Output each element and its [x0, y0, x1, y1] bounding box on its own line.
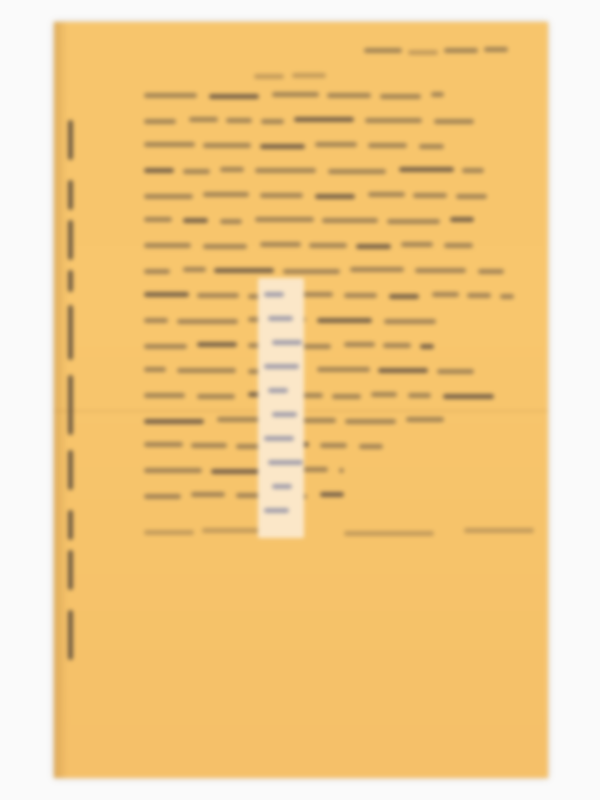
handwritten-line: [illegible] — [144, 163, 564, 179]
handwritten-line: [illegible] — [144, 338, 564, 354]
handwritten-line: [illegible] — [144, 388, 564, 404]
handwritten-line: [illegible] — [144, 363, 564, 379]
letter-heading: [illegible handwritten heading] — [254, 70, 334, 82]
paper-tape-strip: [illegible handwriting on paper strip] — [258, 278, 304, 538]
handwritten-line: [illegible] — [144, 138, 564, 154]
handwritten-line: [illegible] — [144, 213, 564, 229]
margin-address: [illegible vertical handwritten address] — [60, 120, 82, 680]
handwritten-line: [illegible] — [144, 288, 564, 304]
handwritten-line: [illegible] — [144, 438, 564, 454]
letter-paper: [illegible handwritten date] [illegible … — [54, 22, 548, 778]
handwritten-line: [illegible] — [144, 463, 564, 479]
handwritten-line: [illegible] — [144, 88, 564, 104]
handwritten-line: [illegible] — [144, 263, 564, 279]
handwritten-line: [illegible] — [144, 113, 564, 129]
handwritten-line: [illegible] — [144, 488, 564, 504]
handwritten-line: [illegible] — [144, 238, 564, 254]
handwritten-line: [illegible] — [144, 188, 564, 204]
handwritten-line: [illegible] — [144, 413, 564, 429]
signature: [illegible handwritten signature] — [144, 522, 544, 542]
date-line: [illegible handwritten date] — [364, 44, 514, 58]
handwritten-line: [illegible] — [144, 313, 564, 329]
